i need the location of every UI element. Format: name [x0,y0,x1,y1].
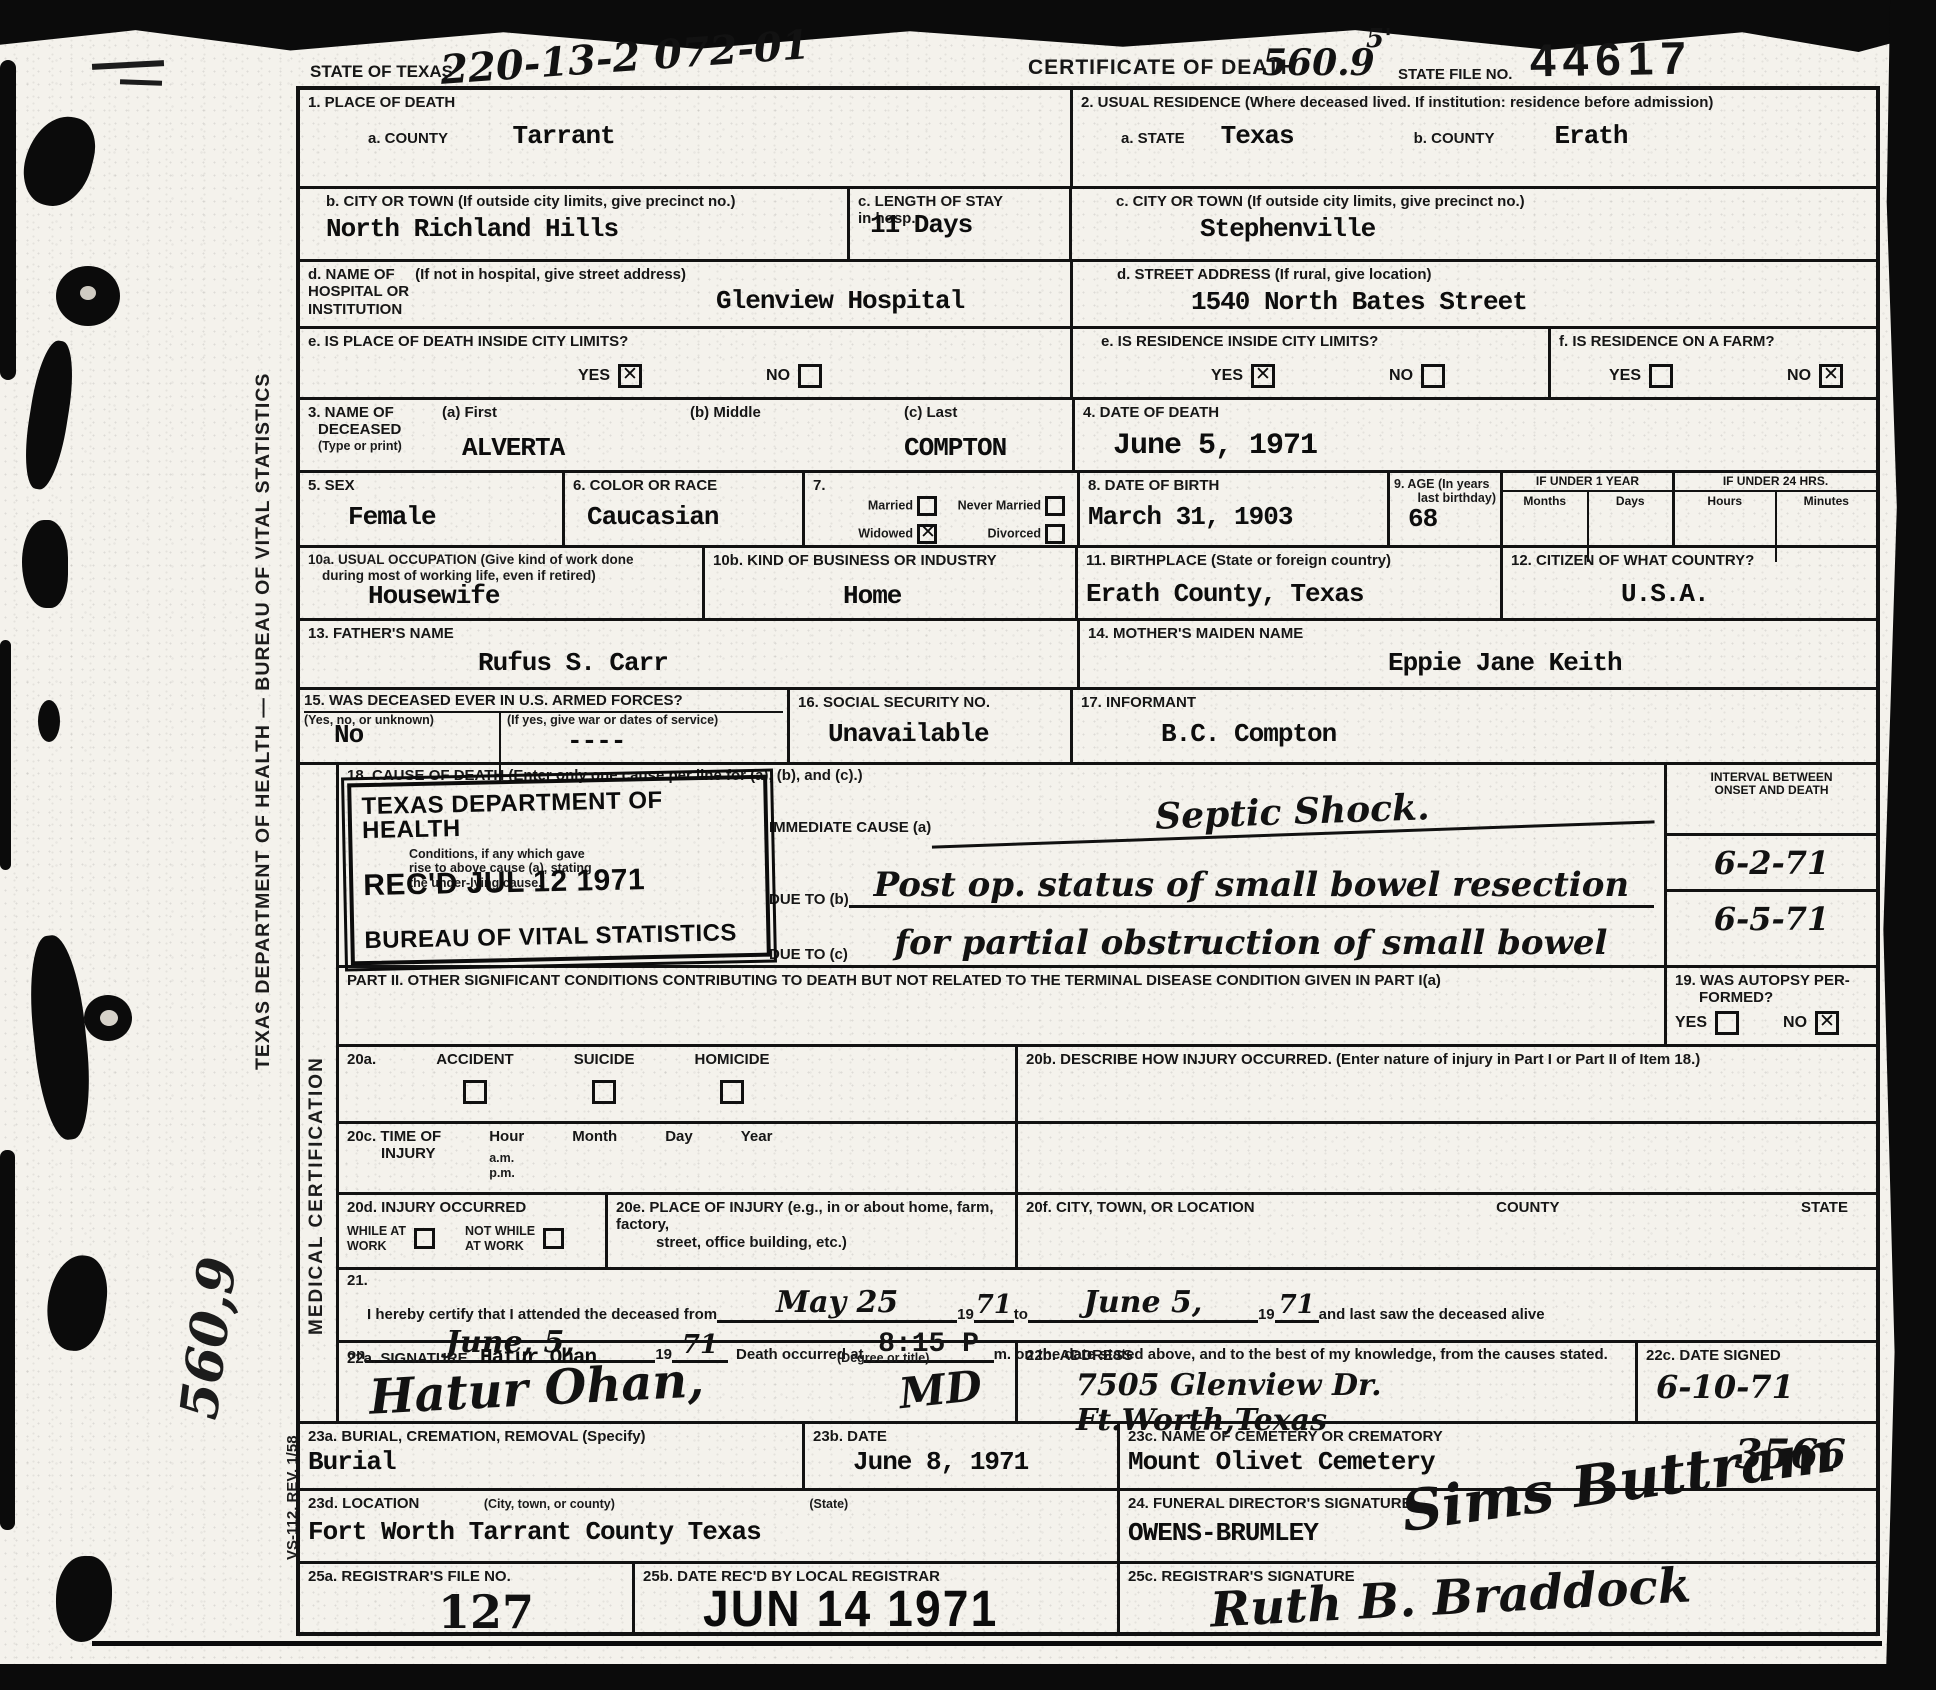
icd-code-handwritten: 560.9 [1262,42,1375,84]
hospital-value: Glenview Hospital [716,288,964,315]
injury-city-label: 20f. CITY, TOWN, OR LOCATION [1026,1199,1255,1216]
date-signed-label: 22c. DATE SIGNED [1646,1347,1868,1364]
field-middle-name: (b) Middle [682,400,896,470]
funeral-director-number: 3566 [1735,1431,1846,1478]
time-of-injury-label1: 20c. TIME OF [347,1128,441,1145]
city-of-death-value: North Richland Hills [326,216,839,243]
not-while-at-work-label2: AT WORK [465,1239,535,1253]
citizen-label: 12. CITIZEN OF WHAT COUNTRY? [1511,552,1868,569]
yes-label: YES [578,367,610,385]
autopsy-yes-checkbox [1715,1011,1739,1035]
field-hospital: d. NAME OF HOSPITAL OR INSTITUTION (If n… [300,262,1070,326]
header: STATE OF TEXAS 220-13-2 072-01 CERTIFICA… [300,40,1870,86]
field-date-received: 25b. DATE REC'D BY LOCAL REGISTRAR JUN 1… [632,1564,1117,1632]
field-part2-conditions: PART II. OTHER SIGNIFICANT CONDITIONS CO… [339,968,1664,1044]
residence-county-label: b. COUNTY [1414,130,1495,147]
residence-city-limits-yes-checkbox: ✕ [1251,364,1275,388]
ink-blot [0,1150,15,1530]
attended-from-date: May 25 [717,1285,957,1323]
burial-date-value: June 8, 1971 [853,1449,1109,1476]
no-label: NO [1787,367,1811,385]
ink-blot [0,60,16,380]
field-place-of-death: 1. PLACE OF DEATH a. COUNTY Tarrant [300,90,1070,186]
yes-label: YES [1675,1014,1707,1032]
attended-to-year: 71 [1275,1290,1319,1323]
field-autopsy: 19. WAS AUTOPSY PER- FORMED? YES NO✕ [1664,968,1876,1044]
ink-blot [56,1556,112,1642]
ink-blot [23,933,96,1142]
margin-code-handwritten: 560,9 [169,1127,265,1422]
medical-certification-vertical-label: MEDICAL CERTIFICATION [306,895,328,1335]
year-19-prefix: 19 [1258,1306,1275,1323]
county-value: Tarrant [512,121,614,151]
immediate-cause-value: Septic Shock. [931,778,1655,848]
year-19-prefix: 19 [957,1306,974,1323]
place-of-injury-label2: street, office building, etc.) [656,1234,1007,1251]
residence-state-label: a. STATE [1121,130,1185,147]
divorced-checkbox [1045,524,1065,544]
birthplace-value: Erath County, Texas [1086,581,1492,608]
field-sex: 5. SEX Female [300,473,562,545]
burial-location-note1: (City, town, or county) [484,1497,615,1511]
scan-bottom-line [92,1641,1882,1646]
due-to-b-label: DUE TO (b) [769,891,849,908]
field-registrar-file-no: 25a. REGISTRAR'S FILE NO. 127 [300,1564,632,1632]
hospital-label3: INSTITUTION [308,301,409,318]
month-label: Month [572,1128,617,1180]
due-to-c-label: DUE TO (c) [769,946,848,963]
medical-certification-strip: MEDICAL CERTIFICATION [300,765,339,1421]
interval-b-value: 6-2-71 [1667,836,1876,892]
field-injury-location: 20f. CITY, TOWN, OR LOCATION COUNTY STAT… [1015,1195,1876,1267]
field-last-name: (c) Last COMPTON [896,400,1072,470]
while-at-work-checkbox [414,1228,435,1249]
autopsy-label2: FORMED? [1699,989,1868,1006]
mother-name-value: Eppie Jane Keith [1388,650,1868,677]
residence-city-limits-no-checkbox [1421,364,1445,388]
attended-to-date: June 5, [1028,1285,1258,1323]
pm-label: p.m. [489,1166,524,1180]
certification-text1: I hereby certify that I attended the dec… [367,1306,717,1323]
physician-address-label: 22b. ADDRESS [1026,1347,1627,1364]
field-place-of-injury: 20e. PLACE OF INJURY (e.g., in or about … [605,1195,1015,1267]
ink-blot [22,520,68,608]
armed-forces-label: 15. WAS DECEASED EVER IN U.S. ARMED FORC… [304,692,783,713]
accident-label: ACCIDENT [436,1051,514,1068]
widowed-checkbox: ✕ [917,524,937,544]
sex-label: 5. SEX [308,477,554,494]
registrar-file-no-label: 25a. REGISTRAR'S FILE NO. [308,1568,624,1585]
field-interval: INTERVAL BETWEEN ONSET AND DEATH 6-2-71 … [1664,765,1876,965]
ink-blot [0,640,11,870]
field-informant: 17. INFORMANT B.C. Compton [1070,690,1876,762]
hospital-label1: d. NAME OF [308,266,409,283]
while-at-work-label1: WHILE AT [347,1224,406,1238]
residence-farm-no-checkbox: ✕ [1819,364,1843,388]
residence-city-label: c. CITY OR TOWN (If outside city limits,… [1116,193,1868,210]
field-usual-residence: 2. USUAL RESIDENCE (Where deceased lived… [1070,90,1876,186]
homicide-label: HOMICIDE [695,1051,770,1068]
burial-label: 23a. BURIAL, CREMATION, REMOVAL (Specify… [308,1428,794,1445]
ink-blot [16,108,102,213]
field-if-under-24-hrs: IF UNDER 24 HRS. Hours Minutes [1672,473,1876,545]
first-name-label: (a) First [442,404,674,421]
death-certificate-scan: TEXAS DEPARTMENT OF HEALTH — BUREAU OF V… [0,0,1936,1690]
while-at-work-label2: WORK [347,1239,406,1253]
field-ssn: 16. SOCIAL SECURITY NO. Unavailable [787,690,1070,762]
field-birthplace: 11. BIRTHPLACE (State or foreign country… [1075,548,1500,618]
hospital-label2: HOSPITAL OR [308,283,409,300]
am-label: a.m. [489,1151,524,1165]
hospital-note: (If not in hospital, give street address… [415,266,686,283]
interval-label2: ONSET AND DEATH [1667,784,1876,797]
ink-blot-hole [80,286,96,300]
handwritten-dash [92,60,164,70]
burial-value: Burial [308,1449,794,1476]
under-24-hrs-label: IF UNDER 24 HRS. [1675,475,1876,492]
field-manner-checkboxes: 20a. ACCIDENT SUICIDE HOMICIDE [339,1047,1015,1121]
citizen-value: U.S.A. [1621,581,1868,608]
date-of-birth-label: 8. DATE OF BIRTH [1088,477,1379,494]
residence-state-value: Texas [1221,123,1294,150]
ink-blot-hole [100,1010,118,1026]
occupation-label1: 10a. USUAL OCCUPATION (Give kind of work… [308,552,694,568]
married-checkbox [917,496,937,516]
residence-city-limits-label: e. IS RESIDENCE INSIDE CITY LIMITS? [1101,333,1540,350]
death-city-limits-yes-checkbox: ✕ [618,364,642,388]
last-name-label: (c) Last [904,404,1064,421]
field-date-signed: 22c. DATE SIGNED 6-10-71 [1635,1343,1876,1421]
injury-county-label: COUNTY [1496,1199,1559,1216]
burial-location-value: Fort Worth Tarrant County Texas [308,1519,1109,1546]
stamp-line3: BUREAU OF VITAL STATISTICS [364,921,756,953]
field-burial: 23a. BURIAL, CREMATION, REMOVAL (Specify… [300,1424,802,1488]
ink-blot [38,700,60,742]
immediate-cause-label: IMMEDIATE CAUSE (a) [769,819,931,836]
state-of-texas-label: STATE OF TEXAS [310,62,453,82]
yes-label: YES [1609,367,1641,385]
interval-c-value: 6-5-71 [1667,892,1876,938]
date-of-death-value: June 5, 1971 [1113,431,1868,463]
field-mother-name: 14. MOTHER'S MAIDEN NAME Eppie Jane Keit… [1077,621,1876,687]
field-time-of-injury: 20c. TIME OF INJURY Hour a.m. p.m. Month… [339,1124,1015,1192]
degree-or-title-label: (Degree or title) [837,1351,929,1365]
last-name-value: COMPTON [904,435,1064,462]
field-street-address: d. STREET ADDRESS (If rural, give locati… [1070,262,1876,326]
age-value: 68 [1408,506,1496,533]
stamp-line1: TEXAS DEPARTMENT OF HEALTH [361,787,754,843]
injury-state-label: STATE [1801,1199,1848,1216]
to-label: to [1014,1306,1028,1323]
birthplace-label: 11. BIRTHPLACE (State or foreign country… [1086,552,1492,569]
ink-blot [42,1252,111,1354]
field-residence-city-limits: e. IS RESIDENCE INSIDE CITY LIMITS? YES✕… [1070,329,1548,397]
industry-value: Home [843,583,1067,610]
field-date-of-death: 4. DATE OF DEATH June 5, 1971 [1072,400,1876,470]
field-physician-signature: 22a. SIGNATURE Hatur Ohan (Degree or tit… [339,1343,1015,1421]
due-to-c-value: for partial obstruction of small bowel [848,923,1654,963]
armed-forces-note2: (If yes, give war or dates of service) [507,713,783,727]
not-while-at-work-label1: NOT WHILE [465,1224,535,1238]
field-occupation: 10a. USUAL OCCUPATION (Give kind of work… [300,548,702,618]
residence-farm-yes-checkbox [1649,364,1673,388]
race-value: Caucasian [587,504,794,531]
date-of-death-label: 4. DATE OF DEATH [1083,404,1868,421]
field-armed-forces: 15. WAS DECEASED EVER IN U.S. ARMED FORC… [300,690,787,762]
registrar-file-no-value: 127 [438,1585,624,1639]
scan-edge-right [1880,0,1936,1690]
burial-location-note2: (State) [809,1497,848,1511]
marital-label: 7. [813,477,1069,494]
accident-checkbox [463,1080,487,1104]
place-of-injury-label1: 20e. PLACE OF INJURY (e.g., in or about … [616,1199,1007,1234]
field-date-of-birth: 8. DATE OF BIRTH March 31, 1903 [1077,473,1387,545]
state-file-no-stamp: 44617 [1530,31,1694,88]
field-certification: 21. I hereby certify that I attended the… [339,1270,1876,1340]
not-while-at-work-checkbox [543,1228,564,1249]
under-1-year-label: IF UNDER 1 YEAR [1503,475,1672,492]
margin-department-text: TEXAS DEPARTMENT OF HEALTH — BUREAU OF V… [252,270,275,1070]
field-registrar-signature: 25c. REGISTRAR'S SIGNATURE Ruth B. Bradd… [1117,1564,1876,1632]
autopsy-no-checkbox: ✕ [1815,1011,1839,1035]
occupation-value: Housewife [368,583,694,610]
no-label: NO [1783,1014,1807,1032]
street-address-value: 1540 North Bates Street [1191,289,1868,316]
field-injury-blank [1015,1124,1876,1192]
length-of-stay-label: c. LENGTH OF STAY [858,193,1061,210]
armed-forces-service: ---- [567,728,783,755]
father-name-label: 13. FATHER'S NAME [308,625,1069,642]
no-label: NO [766,367,790,385]
name-label3: (Type or print) [318,439,426,453]
field-death-city-limits: e. IS PLACE OF DEATH INSIDE CITY LIMITS?… [300,329,1070,397]
field-cause-of-death: 18. CAUSE OF DEATH (Enter only one cause… [339,765,1664,965]
suicide-checkbox [592,1080,616,1104]
hour-label: Hour [489,1128,524,1145]
race-label: 6. COLOR OR RACE [573,477,794,494]
mother-name-label: 14. MOTHER'S MAIDEN NAME [1088,625,1868,642]
day-label: Day [665,1128,693,1180]
middle-name-label: (b) Middle [690,404,888,421]
death-city-limits-label: e. IS PLACE OF DEATH INSIDE CITY LIMITS? [308,333,1062,350]
ssn-value: Unavailable [828,721,1062,748]
field-residence-farm: f. IS RESIDENCE ON A FARM? YES NO✕ [1548,329,1876,397]
name-label1: 3. NAME OF [308,404,426,421]
city-of-death-label: b. CITY OR TOWN (If outside city limits,… [326,193,839,210]
field-father-name: 13. FATHER'S NAME Rufus S. Carr [300,621,1077,687]
usual-residence-label: 2. USUAL RESIDENCE (Where deceased lived… [1081,94,1868,111]
age-label1: 9. AGE (In years [1394,477,1496,491]
field-physician-address: 22b. ADDRESS 7505 Glenview Dr. Ft.Worth,… [1015,1343,1635,1421]
informant-label: 17. INFORMANT [1081,694,1868,711]
place-of-death-label: 1. PLACE OF DEATH [308,94,1062,111]
year-label: Year [741,1128,773,1180]
due-to-b-value: Post op. status of small bowel resection [849,865,1654,908]
state-file-no-label: STATE FILE NO. [1398,66,1512,83]
date-received-stamp: JUN 14 1971 [703,1582,1129,1640]
residence-county-value: Erath [1554,123,1627,150]
field-marital-status: 7. Married Never Married Widowed✕ Divorc… [802,473,1077,545]
never-married-checkbox [1045,496,1065,516]
death-city-limits-no-checkbox [798,364,822,388]
street-address-label: d. STREET ADDRESS (If rural, give locati… [1117,266,1868,283]
icd-code-superscript: 5' [1366,24,1392,54]
field-age: 9. AGE (In years last birthday) 68 [1387,473,1500,545]
industry-label: 10b. KIND OF BUSINESS OR INDUSTRY [713,552,1067,569]
date-of-birth-value: March 31, 1903 [1088,504,1379,531]
field-length-of-stay: c. LENGTH OF STAY in hosp. 11 Days [847,189,1069,259]
divorced-label: Divorced [988,527,1042,541]
residence-city-value: Stephenville [1200,216,1868,243]
received-stamp: TEXAS DEPARTMENT OF HEALTH REC'D JUL 12 … [347,775,771,966]
sex-value: Female [348,504,554,531]
residence-farm-label: f. IS RESIDENCE ON A FARM? [1559,333,1868,350]
father-name-value: Rufus S. Carr [478,650,1069,677]
attended-from-year: 71 [974,1290,1014,1323]
physician-signature-label: 22a. SIGNATURE [347,1350,468,1367]
field-race: 6. COLOR OR RACE Caucasian [562,473,802,545]
certificate-title: CERTIFICATE OF DEATH [1028,56,1297,80]
field-injury-occurred: 20d. INJURY OCCURRED WHILE ATWORK NOT WH… [339,1195,605,1267]
field-describe-injury: 20b. DESCRIBE HOW INJURY OCCURRED. (Ente… [1015,1047,1876,1121]
field-if-under-1-year: IF UNDER 1 YEAR Months Days [1500,473,1672,545]
time-of-injury-label2: INJURY [381,1145,441,1162]
no-label: NO [1389,367,1413,385]
field-city-of-death: b. CITY OR TOWN (If outside city limits,… [300,189,847,259]
autopsy-label1: 19. WAS AUTOPSY PER- [1675,972,1868,989]
physician-degree-script: MD [897,1361,985,1418]
length-of-stay-value: 11 Days [870,212,1061,239]
certification-text2: and last saw the deceased alive [1319,1306,1545,1323]
field-burial-location: 23d. LOCATION (City, town, or county) (S… [300,1491,1117,1561]
part2-label: PART II. OTHER SIGNIFICANT CONDITIONS CO… [347,972,1656,989]
field-name-of-deceased: 3. NAME OF DECEASED (Type or print) [300,400,434,470]
ssn-label: 16. SOCIAL SECURITY NO. [798,694,1062,711]
field-first-name: (a) First ALVERTA [434,400,682,470]
burial-location-label: 23d. LOCATION [308,1495,419,1512]
suicide-label: SUICIDE [574,1051,635,1068]
field-industry: 10b. KIND OF BUSINESS OR INDUSTRY Home [702,548,1075,618]
yes-label: YES [1211,367,1243,385]
first-name-value: ALVERTA [462,435,674,462]
widowed-label: Widowed [858,527,913,541]
name-label2: DECEASED [318,421,426,438]
stamp-line2: REC'D JUL 12 1971 [363,863,756,901]
never-married-label: Never Married [958,499,1041,513]
county-label: a. COUNTY [368,130,448,147]
field-residence-city: c. CITY OR TOWN (If outside city limits,… [1069,189,1876,259]
handwritten-dash [120,79,162,85]
injury-occurred-label: 20d. INJURY OCCURRED [347,1199,597,1216]
informant-value: B.C. Compton [1161,721,1868,748]
field-citizen: 12. CITIZEN OF WHAT COUNTRY? U.S.A. [1500,548,1876,618]
married-label: Married [868,499,913,513]
certificate-form: 1. PLACE OF DEATH a. COUNTY Tarrant 2. U… [296,86,1880,1636]
scan-edge-bottom [0,1664,1936,1690]
field-funeral-director: 24. FUNERAL DIRECTOR'S SIGNATURE OWENS-B… [1117,1491,1876,1561]
field-burial-date: 23b. DATE June 8, 1971 [802,1424,1117,1488]
manner-item-label: 20a. [347,1051,376,1104]
date-signed-value: 6-10-71 [1656,1368,1868,1406]
burial-date-label: 23b. DATE [813,1428,1109,1445]
ink-blot [19,338,80,492]
homicide-checkbox [720,1080,744,1104]
describe-injury-label: 20b. DESCRIBE HOW INJURY OCCURRED. (Ente… [1026,1051,1868,1068]
